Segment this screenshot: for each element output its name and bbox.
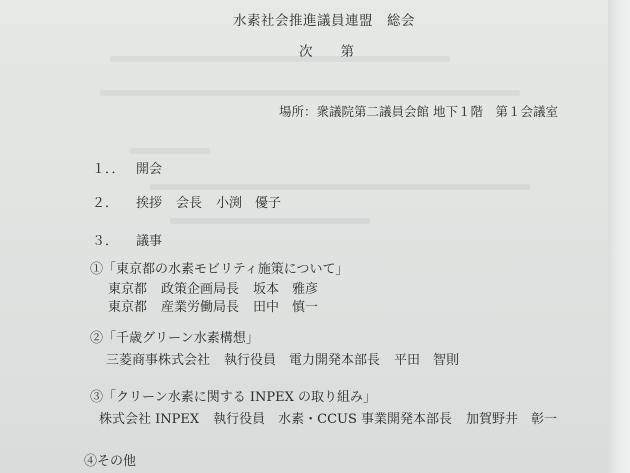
item-label: 挨拶 xyxy=(136,196,162,211)
agenda-marker: ③ xyxy=(90,390,103,405)
document-title: 水素社会推進議員連盟 総会 xyxy=(233,13,415,29)
speaker-title: 執行役員 水素・CCUS 事業開発本部長 xyxy=(213,412,452,427)
speaker-name: 加賀野井 彰一 xyxy=(466,412,557,427)
agenda-topic: その他 xyxy=(97,454,136,469)
show-through-text xyxy=(150,184,530,190)
speaker-name: 田中 慎一 xyxy=(253,300,318,315)
speaker-title: 政策企画局長 xyxy=(161,282,239,297)
subtitle-char: 次 xyxy=(299,44,313,60)
speaker-line: 三菱商事株式会社執行役員 電力開発本部長平田 智則 xyxy=(106,353,459,369)
speaker-name: 坂本 雅彦 xyxy=(253,282,318,297)
speaker-name: 小渕 優子 xyxy=(216,196,281,211)
item-number: ３． xyxy=(92,234,136,250)
paper-edge xyxy=(608,0,630,473)
subtitle-char: 第 xyxy=(341,44,355,60)
speaker-name: 平田 智則 xyxy=(394,353,459,368)
item-number: １．． xyxy=(92,162,136,178)
agenda-topic-4: ④その他 xyxy=(84,454,136,470)
agenda-topic: 「千歳グリーン水素構想」 xyxy=(103,331,259,346)
item-label: 議事 xyxy=(136,234,162,249)
speaker-org: 東京都 xyxy=(108,282,147,297)
speaker-line: 東京都政策企画局長坂本 雅彦 xyxy=(108,282,318,298)
speaker-role: 会長 xyxy=(176,196,202,211)
item-number: ２． xyxy=(92,196,136,212)
speaker-title: 執行役員 電力開発本部長 xyxy=(224,353,380,368)
speaker-title: 産業労働局長 xyxy=(161,300,239,315)
item-proceedings: ３．議事 xyxy=(92,234,162,250)
agenda-topic-3: ③「クリーン水素に関する INPEX の取り組み」 xyxy=(90,390,376,406)
show-through-text xyxy=(130,148,210,154)
document-subtitle: 次第 xyxy=(299,44,354,60)
item-greeting: ２．挨拶会長小渕 優子 xyxy=(92,196,281,212)
show-through-text xyxy=(170,218,370,224)
speaker-org: 東京都 xyxy=(108,300,147,315)
speaker-line: 東京都産業労働局長田中 慎一 xyxy=(108,300,318,316)
agenda-topic: 「クリーン水素に関する INPEX の取り組み」 xyxy=(103,390,376,405)
agenda-marker: ① xyxy=(90,262,103,277)
agenda-topic-1: ①「東京都の水素モビリティ施策について」 xyxy=(90,262,348,278)
agenda-topic: 「東京都の水素モビリティ施策について」 xyxy=(103,262,348,277)
speaker-org: 三菱商事株式会社 xyxy=(106,353,210,368)
agenda-topic-2: ②「千歳グリーン水素構想」 xyxy=(90,331,259,347)
agenda-marker: ② xyxy=(90,331,103,346)
item-label: 開会 xyxy=(136,162,162,177)
venue-line: 場所：衆議院第二議員会館 地下１階 第１会議室 xyxy=(279,104,558,120)
speaker-line: 株式会社 INPEX執行役員 水素・CCUS 事業開発本部長加賀野井 彰一 xyxy=(99,412,557,428)
show-through-text xyxy=(100,90,520,96)
item-opening: １．．開会 xyxy=(92,162,162,178)
speaker-org: 株式会社 INPEX xyxy=(99,412,199,427)
show-through-text xyxy=(110,56,450,62)
agenda-marker: ④ xyxy=(84,454,97,469)
